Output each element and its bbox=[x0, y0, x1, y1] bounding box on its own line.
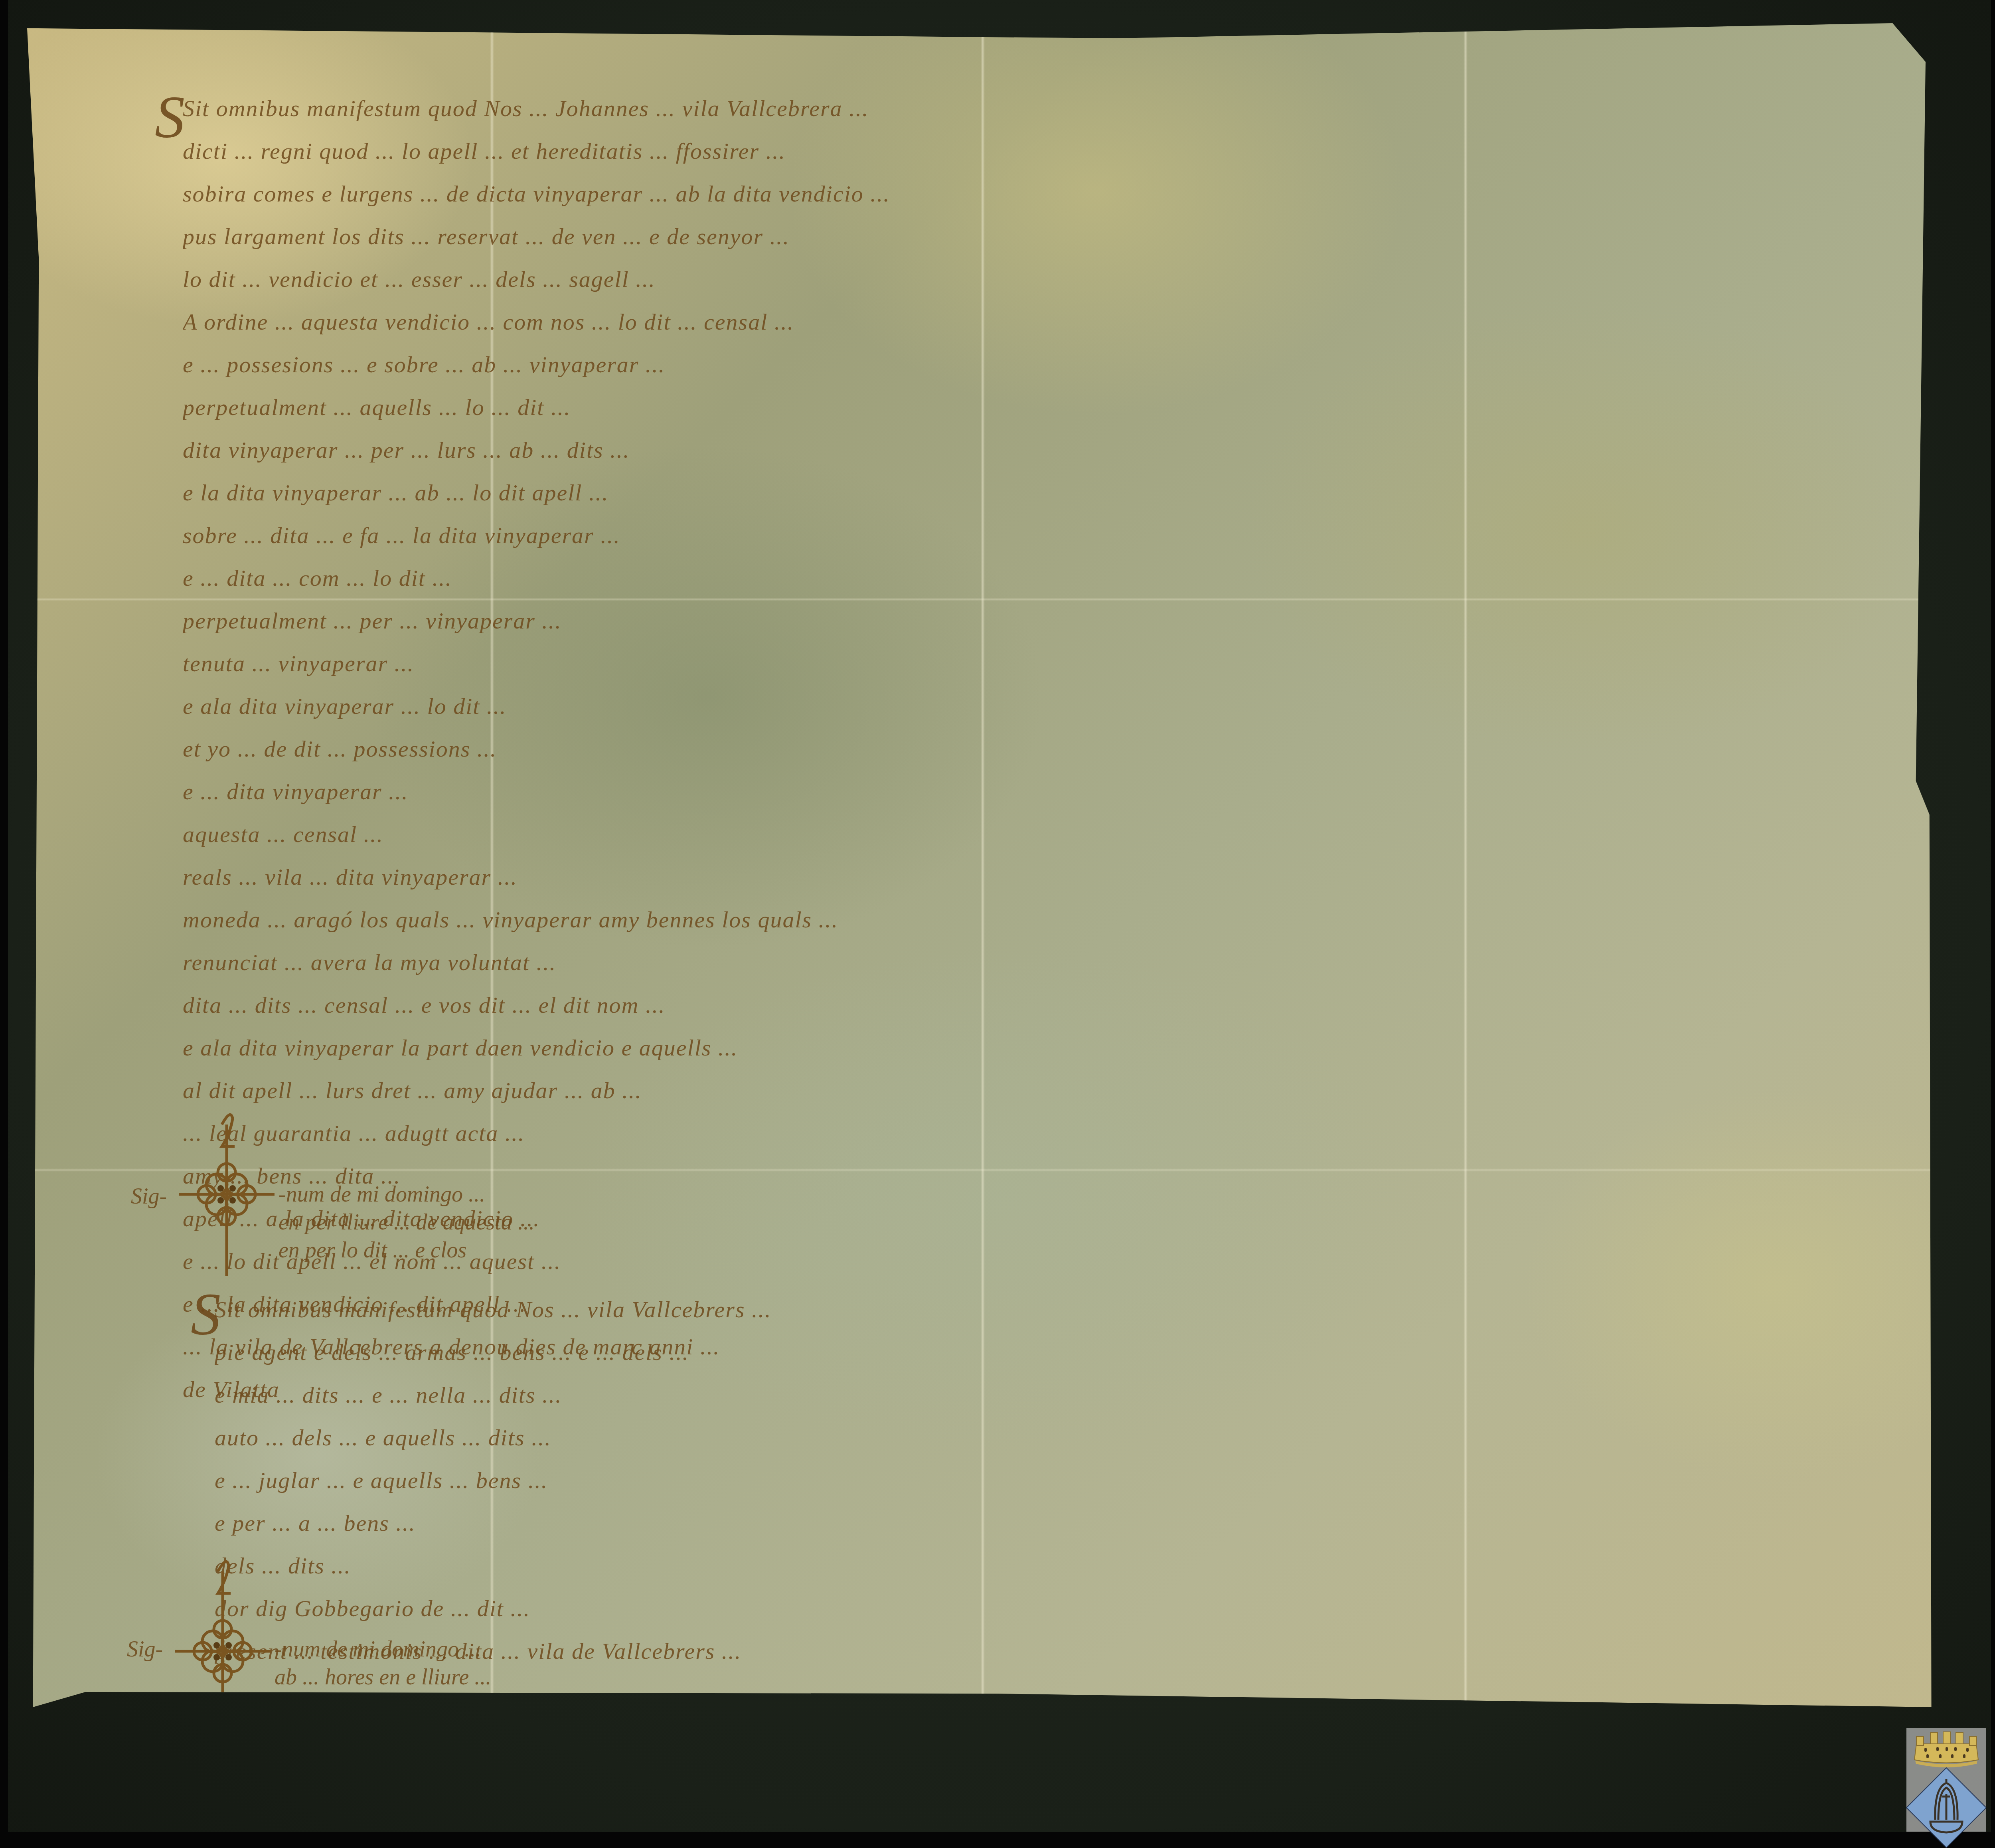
text-line: dor dig Gobbegario de ... dit ... bbox=[215, 1587, 1910, 1630]
text-line: lo dit ... vendicio et ... esser ... del… bbox=[183, 258, 1910, 300]
coat-of-arms-watermark bbox=[1906, 1728, 1986, 1848]
text-line: perpetualment ... aquells ... lo ... dit… bbox=[183, 386, 1910, 429]
text-line: e la dita vinyaperar ... ab ... lo dit a… bbox=[183, 471, 1910, 514]
notary-sign-prefix: Sig- bbox=[127, 1635, 163, 1663]
text-line: dita ... dits ... censal ... e vos dit .… bbox=[183, 984, 1910, 1026]
text-line: e ... juglar ... e aquells ... bens ... bbox=[215, 1459, 1910, 1502]
text-line: ab ... hores en e lliure ... bbox=[275, 1663, 491, 1691]
notary-subscription: -num de mi domingo ... ab ... hores en e… bbox=[275, 1635, 491, 1691]
text-line: en per lo dit ... e clos bbox=[279, 1236, 535, 1264]
text-line: -num de mi domingo ... bbox=[279, 1180, 535, 1208]
text-line: dicti ... regni quod ... lo apell ... et… bbox=[183, 130, 1910, 172]
parchment-sheet: S Sit omnibus manifestum quod Nos ... Jo… bbox=[27, 23, 1970, 1707]
text-line: e ala dita vinyaperar la part daen vendi… bbox=[183, 1026, 1910, 1069]
coat-of-arms-icon bbox=[1906, 1728, 1986, 1848]
text-line: A ordine ... aquesta vendicio ... com no… bbox=[183, 300, 1910, 343]
notary-sign-icon bbox=[175, 1109, 279, 1300]
mural-crown-icon bbox=[1914, 1732, 1978, 1767]
decorated-initial: S bbox=[155, 83, 185, 152]
text-line: ... leal guarantia ... adugtt acta ... bbox=[183, 1112, 1910, 1154]
text-line: sobre ... dita ... e fa ... la dita viny… bbox=[183, 514, 1910, 557]
text-line: en per lliure ... de aquesta ... bbox=[279, 1208, 535, 1236]
text-line: dita vinyaperar ... per ... lurs ... ab … bbox=[183, 429, 1910, 471]
text-line: Sit omnibus manifestum quod Nos ... Joha… bbox=[183, 87, 1910, 130]
text-line: tenuta ... vinyaperar ... bbox=[183, 642, 1910, 685]
text-line: -num de mi domingo ... bbox=[275, 1635, 491, 1663]
text-line: perpetualment ... per ... vinyaperar ... bbox=[183, 599, 1910, 642]
text-line: Sit omnibus manifestum quod Nos ... vila… bbox=[215, 1288, 1910, 1331]
text-line: reals ... vila ... dita vinyaperar ... bbox=[183, 856, 1910, 898]
text-line: auto ... dels ... e aquells ... dits ... bbox=[215, 1416, 1910, 1459]
text-line: pus largament los dits ... reservat ... … bbox=[183, 215, 1910, 258]
lozenge-shield-icon bbox=[1906, 1768, 1986, 1848]
notary-sign-prefix: Sig- bbox=[131, 1182, 167, 1210]
text-line: e ... possesions ... e sobre ... ab ... … bbox=[183, 343, 1910, 386]
text-line: pie agent e dels ... armas ... bens ... … bbox=[215, 1331, 1910, 1374]
text-line: et yo ... de dit ... possessions ... bbox=[183, 727, 1910, 770]
scan-border-right bbox=[1991, 0, 1995, 1848]
text-line: e ... dita vinyaperar ... bbox=[183, 770, 1910, 813]
text-line: renunciat ... avera la mya voluntat ... bbox=[183, 941, 1910, 984]
text-line: al dit apell ... lurs dret ... amy ajuda… bbox=[183, 1069, 1910, 1112]
text-line: e ala dita vinyaperar ... lo dit ... bbox=[183, 685, 1910, 727]
scan-border-bottom bbox=[0, 1832, 1995, 1848]
text-line: aquesta ... censal ... bbox=[183, 813, 1910, 856]
text-line: e per ... a ... bens ... bbox=[215, 1502, 1910, 1544]
text-line: moneda ... aragó los quals ... vinyapera… bbox=[183, 898, 1910, 941]
text-line: dels ... dits ... bbox=[215, 1544, 1910, 1587]
instrument-2-text: Sit omnibus manifestum quod Nos ... vila… bbox=[215, 1288, 1910, 1672]
text-line: e mia ... dits ... e ... nella ... dits … bbox=[215, 1374, 1910, 1416]
notary-subscription: -num de mi domingo ... en per lliure ...… bbox=[279, 1180, 535, 1264]
text-line: sobira comes e lurgens ... de dicta viny… bbox=[183, 172, 1910, 215]
text-line: e ... dita ... com ... lo dit ... bbox=[183, 557, 1910, 599]
scan-border-left bbox=[0, 0, 8, 1848]
